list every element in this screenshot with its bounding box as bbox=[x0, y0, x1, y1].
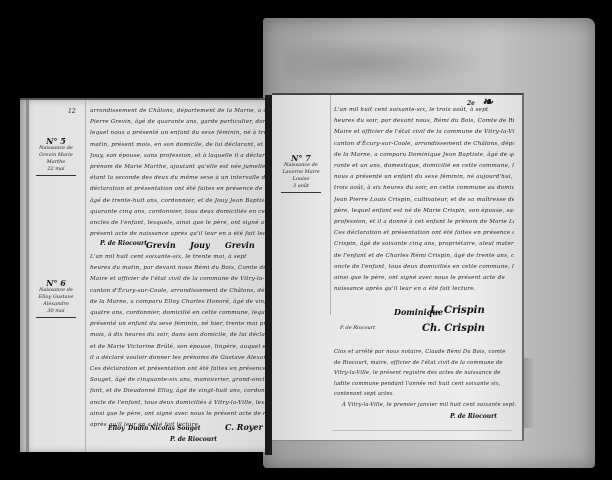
text-line: oncles de l'enfant, lesquels, ainsi que … bbox=[90, 218, 266, 229]
text-line: Maire et officier de l'état civil de la … bbox=[334, 127, 514, 138]
text-line: Clos et arrêté par nous notaire, Claude … bbox=[334, 347, 516, 358]
text-line: Pierre Grevin, âgé de quarante ans, gard… bbox=[90, 117, 266, 128]
text-line: quatre ans, cordonnier, domicilié en cet… bbox=[90, 308, 266, 319]
text-line: et de Marie Victorine Brûlé, son épouse,… bbox=[90, 342, 266, 353]
text-line: Ces déclaration et présentation ont été … bbox=[90, 364, 266, 375]
officer-signature: P. de Riocourt bbox=[170, 436, 217, 443]
water-stain bbox=[283, 38, 483, 88]
text-line: Souget, âgé de cinquante-six ans, manouv… bbox=[90, 375, 266, 386]
margin-line: 22 mai bbox=[30, 166, 82, 173]
text-line: de la Marne, a comparu Dominique Jean Ba… bbox=[334, 150, 514, 161]
text-line: il a déclaré vouloir donner les prénoms … bbox=[90, 353, 266, 364]
entry-7-text: L'an mil huit cent soixante-six, le troi… bbox=[334, 105, 514, 295]
text-line: arrondissement de Châlons, département d… bbox=[90, 106, 266, 117]
text-line: canton d'Écury-sur-Coole, arrondissement… bbox=[90, 286, 266, 297]
text-line: heures du soir, par devant nous, Rémi du… bbox=[334, 116, 514, 127]
text-line: L'an mil huit cent soixante-six, le tren… bbox=[90, 252, 266, 263]
text-line: déclaration et présentation ont été fait… bbox=[90, 184, 266, 195]
officer-signature: P. de Riocourt bbox=[100, 240, 147, 247]
text-line: ainsi que le père, ont signé avec nous l… bbox=[334, 273, 514, 284]
text-line: contenant sept actes. bbox=[334, 389, 516, 400]
text-line: Jean Pierre Louis Crispin, cultivateur, … bbox=[334, 195, 514, 206]
margin-note-entry-7: N° 7 Naissance de Lavorne Maire Louise 3… bbox=[274, 155, 328, 193]
officer-signature: P. de Riocourt bbox=[340, 325, 375, 331]
closing-signature: P. de Riocourt bbox=[450, 413, 497, 420]
book-gutter bbox=[265, 95, 272, 455]
text-line: L'an mil huit cent soixante-six, le troi… bbox=[334, 105, 514, 116]
page-corner-mark: 12 bbox=[68, 108, 76, 115]
text-line: fant, et de Dieudonné Elloy, âgé de ving… bbox=[90, 386, 266, 397]
signature: Elloy bbox=[108, 425, 125, 432]
entry-number: N° 6 bbox=[30, 280, 82, 287]
margin-line: Elloy Gustave Alexandre bbox=[30, 294, 82, 308]
text-line: naissance après qu'il leur en a été fait… bbox=[334, 284, 514, 295]
left-page: 12 N° 5 Naissance de Grevin Marie Marthe… bbox=[20, 98, 268, 452]
text-line: âgé de trente-huit ans, cordonnier, et d… bbox=[90, 196, 266, 207]
text-line: canton d'Écury-sur-Coole, arrondissement… bbox=[334, 139, 514, 150]
text-line: profession, et il a donné à cet enfant l… bbox=[334, 217, 514, 228]
margin-line: Naissance de bbox=[30, 145, 82, 152]
signature: Grevin bbox=[225, 240, 255, 250]
margin-line: 3 août bbox=[274, 183, 328, 190]
text-line: Crispin, âgé de soixante cinq ans, propr… bbox=[334, 239, 514, 250]
document-scan: 12 N° 5 Naissance de Grevin Marie Marthe… bbox=[0, 0, 612, 480]
margin-line: Grevin Marie Marthe bbox=[30, 152, 82, 166]
margin-underline bbox=[281, 192, 321, 193]
text-line: Ces déclaration et présentation ont été … bbox=[334, 228, 514, 239]
margin-note-entry-5: N° 5 Naissance de Grevin Marie Marthe 22… bbox=[30, 138, 82, 176]
margin-rule bbox=[85, 100, 86, 452]
entry-number: N° 5 bbox=[30, 138, 82, 145]
margin-line: Lavorne Maire Louise bbox=[274, 169, 328, 183]
entry-6-text: L'an mil huit cent soixante-six, le tren… bbox=[90, 252, 266, 431]
margin-line: Naissance de bbox=[30, 287, 82, 294]
signature: Ch. Crispin bbox=[422, 323, 485, 334]
text-line: Vitry-la-Ville, le présent registre des … bbox=[334, 368, 516, 379]
text-line: À Vitry-la-Ville, le premier janvier mil… bbox=[334, 400, 516, 411]
text-line: présent acte de naissance après qu'il le… bbox=[90, 229, 266, 240]
text-line: prénom de Marie Marthe, ajoutant qu'elle… bbox=[90, 162, 266, 173]
right-page: 2e ❧ N° 7 Naissance de Lavorne Maire Lou… bbox=[272, 93, 524, 441]
margin-rule bbox=[330, 95, 331, 315]
signature: Nicolas Souget bbox=[150, 425, 201, 432]
text-line: nous a présenté un enfant du sexe fémini… bbox=[334, 172, 514, 183]
margin-underline bbox=[36, 317, 76, 318]
text-line: oncle de l'enfant, tous deux domiciliés … bbox=[334, 262, 514, 273]
text-line: de l'enfant et de Charles Rémi Crispin, … bbox=[334, 251, 514, 262]
margin-note-entry-6: N° 6 Naissance de Elloy Gustave Alexandr… bbox=[30, 280, 82, 318]
margin-underline bbox=[36, 175, 76, 176]
text-line: étant la seconde des deux du même sexe à… bbox=[90, 173, 266, 184]
signature: L. Crispin bbox=[430, 305, 485, 316]
text-line: quarante cinq ans, cordonnier, tous deux… bbox=[90, 207, 266, 218]
signature: Grevin bbox=[146, 240, 176, 250]
signature: Dudin bbox=[128, 425, 148, 432]
text-line: mois, à dix heures du soir, dans son dom… bbox=[90, 330, 266, 341]
text-line: matin, présent mois, en son domicile, de… bbox=[90, 140, 266, 151]
closing-statement: Clos et arrêté par nous notaire, Claude … bbox=[334, 347, 516, 410]
text-line: père, lequel enfant est né de Marie Cris… bbox=[334, 206, 514, 217]
entry-number: N° 7 bbox=[274, 155, 328, 162]
text-line: Jouy, son épouse, sans profession, et à … bbox=[90, 151, 266, 162]
text-line: trois août, à six heures du soir, en cet… bbox=[334, 183, 514, 194]
margin-line: 30 mai bbox=[30, 308, 82, 315]
text-line: Maire et officier de l'état civil de la … bbox=[90, 274, 266, 285]
text-line: de Riocourt, maire, officier de l'état c… bbox=[334, 358, 516, 369]
text-line: présenté un enfant du sexe féminin, né h… bbox=[90, 319, 266, 330]
text-line: lequel nous a présenté un enfant du sexe… bbox=[90, 128, 266, 139]
text-line: oncle de l'enfant, tous deux domiciliés … bbox=[90, 398, 266, 409]
margin-line: Naissance de bbox=[274, 162, 328, 169]
signature: C. Royer bbox=[225, 422, 263, 432]
text-line: rante et un ans, domestique, domicilié e… bbox=[334, 161, 514, 172]
entry-5-text: arrondissement de Châlons, département d… bbox=[90, 106, 266, 240]
page-edge bbox=[26, 100, 29, 452]
text-line: heures du matin, par devant nous Rémi du… bbox=[90, 263, 266, 274]
text-line: ladite commune pendant l'année mil huit … bbox=[334, 379, 516, 390]
ruled-line bbox=[332, 430, 512, 431]
signature: Jouy bbox=[190, 240, 210, 250]
text-line: ainsi que le père, ont signé avec nous l… bbox=[90, 409, 266, 420]
text-line: de la Marne, a comparu Elloy Charles Hon… bbox=[90, 297, 266, 308]
